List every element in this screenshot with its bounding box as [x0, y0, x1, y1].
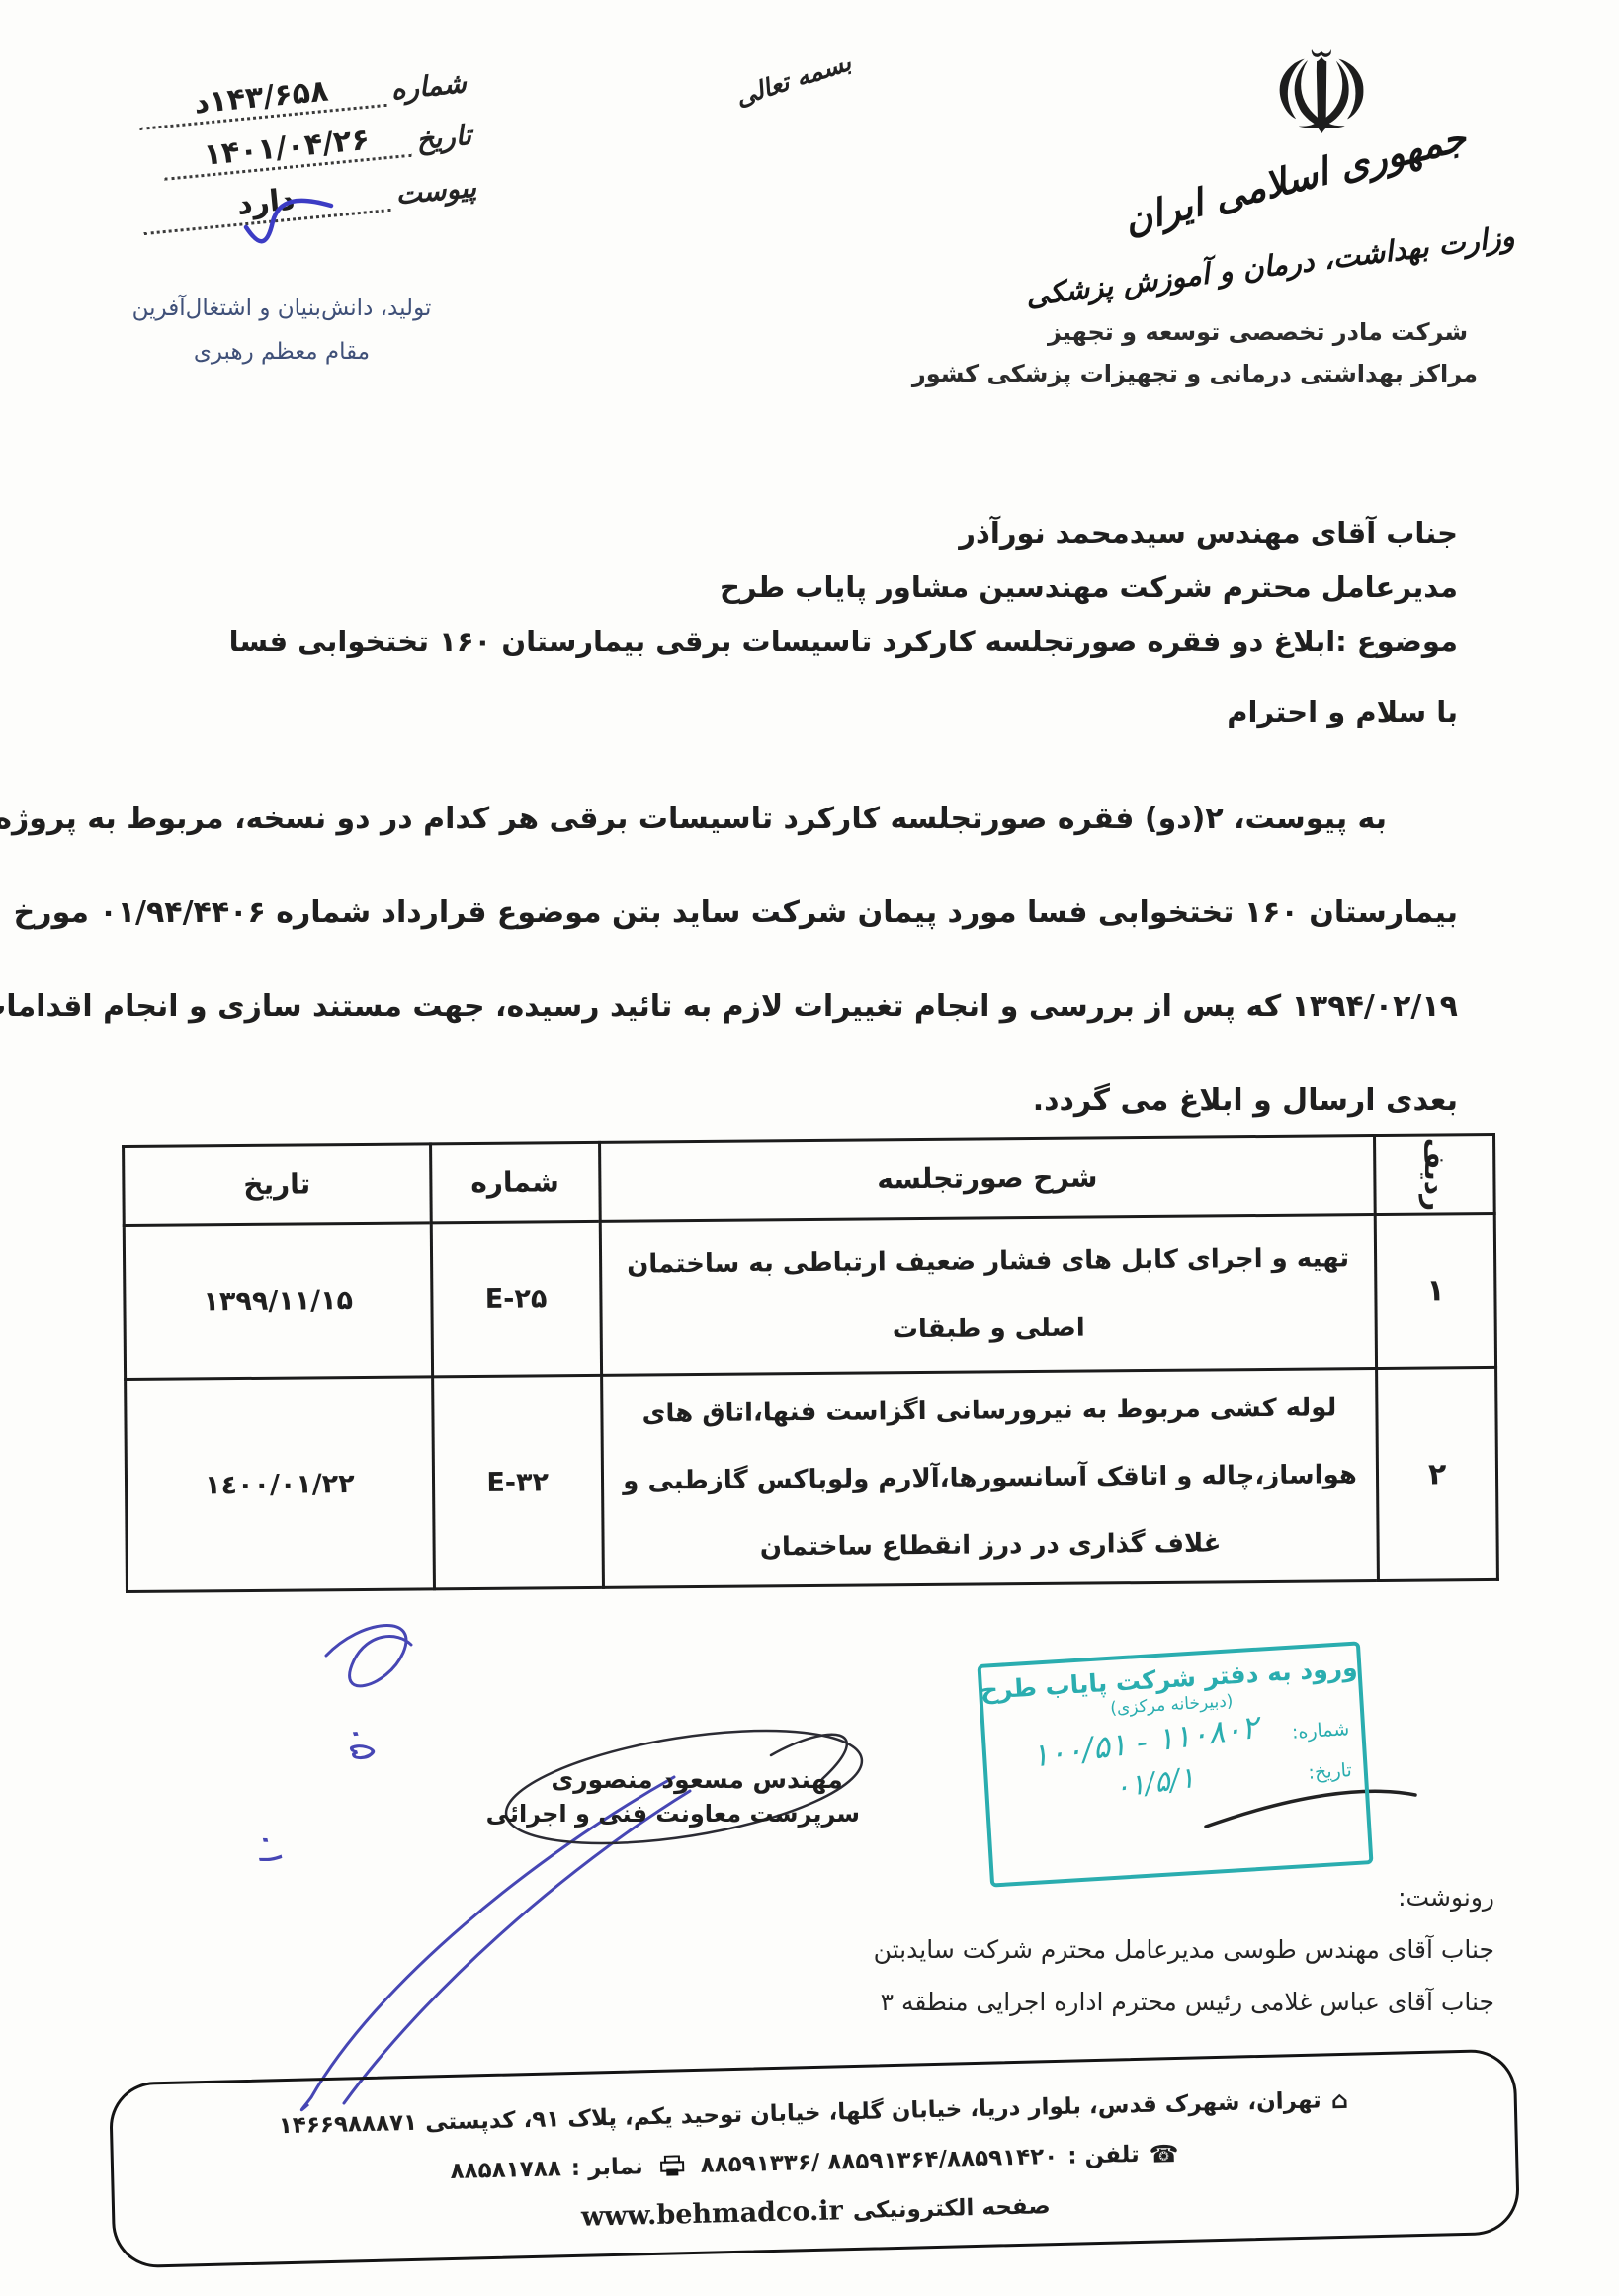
phone-label: تلفن : — [1067, 2130, 1141, 2181]
minutes-table: ردیف شرح صورتجلسه شماره تاریخ ۱ تهیه و ا… — [122, 1133, 1499, 1593]
signatory-name: مهندس مسعود منصوری — [534, 1765, 860, 1794]
subject-line: موضوع :ابلاغ دو فقره صورتجلسه کارکرد تاس… — [128, 625, 1458, 658]
recipient-name: جناب آقای مهندس سیدمحمد نورآذر — [128, 516, 1458, 550]
address-icon: ⌂ — [1330, 2076, 1348, 2125]
fax-icon — [658, 2155, 685, 2177]
copies-line2: جناب آقای عباس غلامی رئیس محترم اداره اج… — [743, 1976, 1494, 2028]
body-line1: به پیوست، ۲(دو) فقره صورتجلسه کارکرد تاس… — [128, 772, 1458, 866]
stamp-number-label: شماره: — [1291, 1718, 1349, 1743]
copies-line1: جناب آقای مهندس طوسی مدیرعامل محترم شرکت… — [743, 1923, 1494, 1976]
fax-number: ۸۸۵۸۱۷۸۸ — [450, 2144, 562, 2196]
fax-label: نمابر : — [570, 2142, 643, 2193]
stamp-date-label: تاریخ: — [1308, 1759, 1352, 1784]
body-line4: بعدی ارسال و ابلاغ می گردد. — [128, 1054, 1458, 1148]
phone-numbers: ۸۸۵۹۱۳۳۶/ ۸۸۵۹۱۳۶۴/۸۸۵۹۱۴۲۰ — [700, 2132, 1059, 2190]
recipient-title: مدیرعامل محترم شرکت مهندسین مشاور پایاب … — [128, 570, 1458, 604]
slogan-line2: مقام معظم رهبری — [99, 330, 465, 374]
header-date: تاریخ — [124, 1144, 431, 1226]
checkmark-icon — [240, 194, 339, 271]
phone-icon: ☎ — [1149, 2129, 1179, 2179]
besmellah-text: بسمه تعالی — [731, 47, 854, 112]
ref-attachment-label: پیوست — [394, 171, 477, 212]
body-line2: بیمارستان ۱۶۰ تختخوابی فسا مورد پیمان شر… — [128, 866, 1458, 960]
table-header-row: ردیف شرح صورتجلسه شماره تاریخ — [124, 1134, 1495, 1225]
row2-number: ۲ — [1377, 1367, 1497, 1580]
table-row: ۲ لوله کشی مربوط به نیرورسانی اگزاست فنه… — [126, 1367, 1498, 1591]
row1-number: ۱ — [1376, 1213, 1496, 1368]
signature-block: مهندس مسعود منصوری سرپرست معاونت فنی و ا… — [534, 1765, 860, 1828]
org-line1: شرکت مادر تخصصی توسعه و تجهیز — [1038, 318, 1478, 346]
gov-title-line2: وزارت بهداشت، درمان و آموزش پزشکی — [1008, 217, 1532, 314]
entry-stamp: ورود به دفتر شرکت پایاب طرح (دبیرخانه مر… — [977, 1641, 1373, 1887]
row2-date: ۱٤۰۰/۰۱/۲۲ — [126, 1377, 435, 1592]
footer-box: ⌂ تهران، شهرک قدس، بلوار دریا، خیابان گل… — [109, 2049, 1520, 2269]
row2-description: لوله کشی مربوط به نیرورسانی اگزاست فنها،… — [601, 1369, 1379, 1588]
ref-number-dots: ۱۴۳/۶۵۸د — [136, 68, 387, 130]
scanned-letter-page: شماره ۱۴۳/۶۵۸د تاریخ ۱۴۰۱/۰۴/۲۶ پیوست دا… — [0, 0, 1619, 2296]
copies-block: رونوشت: جناب آقای مهندس طوسی مدیرعامل مح… — [743, 1871, 1494, 2028]
ref-date-value: ۱۴۰۱/۰۴/۲۶ — [202, 123, 371, 173]
row1-doc-number: E-۲۵ — [431, 1221, 601, 1376]
header-row-number: ردیف — [1375, 1134, 1494, 1214]
ref-number-value: ۱۴۳/۶۵۸د — [193, 74, 330, 122]
copies-label: رونوشت: — [743, 1871, 1494, 1923]
row1-date: ۱۳۹۹/۱۱/۱۵ — [124, 1223, 432, 1380]
org-line2: مراکز بهداشتی درمانی و تجهیزات پزشکی کشو… — [969, 360, 1478, 387]
ref-date-label: تاریخ — [415, 119, 473, 156]
body-line3: ۱۳۹۴/۰۲/۱۹ که پس از بررسی و انجام تغییرا… — [128, 960, 1458, 1054]
signatory-title: سرپرست معاونت فنی و اجرائی — [534, 1800, 860, 1828]
letter-body: جناب آقای مهندس سیدمحمد نورآذر مدیرعامل … — [128, 516, 1458, 1148]
header-description: شرح صورتجلسه — [599, 1136, 1375, 1222]
row1-description: تهیه و اجرای کابل های فشار ضعیف ارتباطی … — [600, 1215, 1377, 1376]
ref-number-label: شماره — [389, 66, 468, 106]
slogan-line1: تولید، دانش‌بنیان و اشتغال‌آفرین — [99, 287, 465, 330]
header-number: شماره — [430, 1142, 600, 1222]
slogan-block: تولید، دانش‌بنیان و اشتغال‌آفرین مقام مع… — [99, 287, 465, 374]
web-url: www.behmadco.ir — [580, 2186, 843, 2242]
row2-doc-number: E-۳۲ — [432, 1375, 603, 1588]
web-label: صفحه الکترونیکی — [852, 2181, 1051, 2236]
table-row: ۱ تهیه و اجرای کابل های فشار ضعیف ارتباط… — [124, 1213, 1495, 1379]
ref-date-dots: ۱۴۰۱/۰۴/۲۶ — [161, 119, 412, 181]
salutation: با سلام و احترام — [128, 695, 1458, 728]
